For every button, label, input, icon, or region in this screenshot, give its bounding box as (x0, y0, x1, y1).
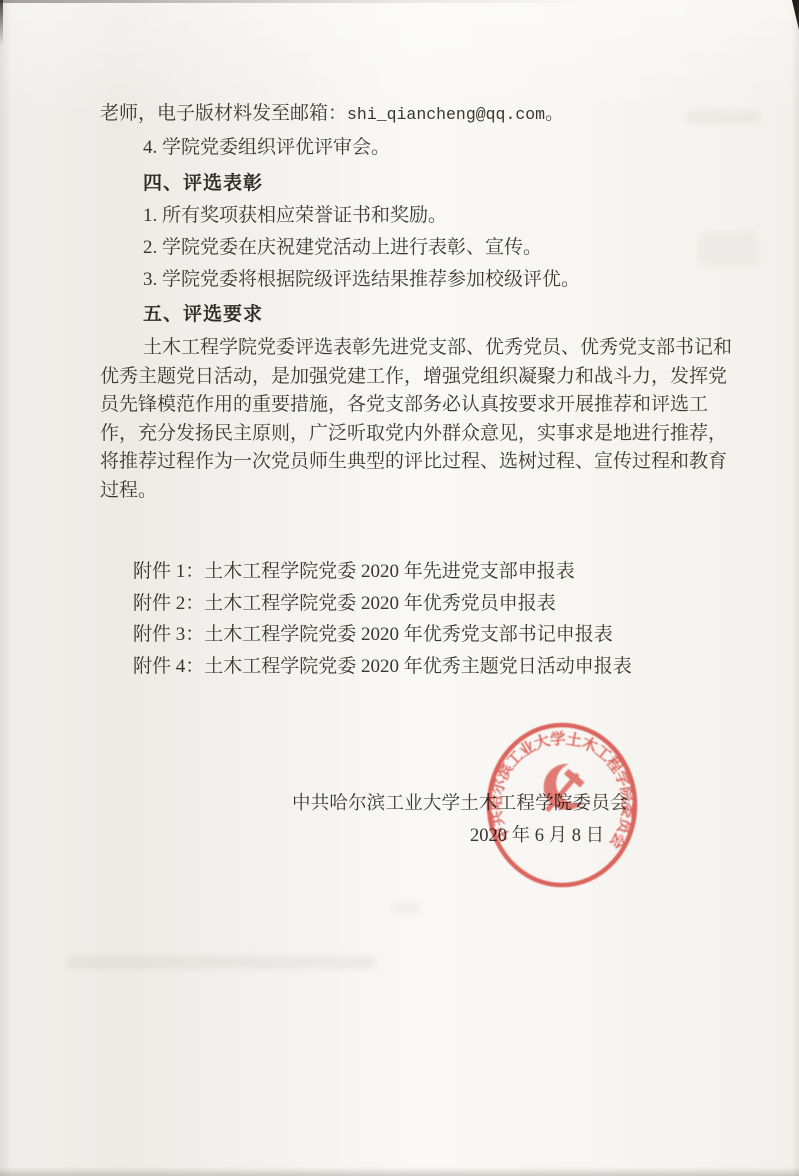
intro-paragraph: 老师，电子版材料发至邮箱：shi_qiancheng@qq.com。 4. 学院… (100, 98, 564, 164)
numbered-item: 1. 所有奖项获相应荣誉证书和奖励。 (143, 200, 580, 232)
official-seal: 中共哈尔滨工业大学土木工程学院委员会 (483, 719, 641, 891)
intro-text: 老师，电子版材料发至邮箱： (100, 103, 347, 124)
attachments-list: 附件 1：土木工程学院党委 2020 年先进党支部申报表 附件 2：土木工程学院… (133, 556, 632, 682)
email-address: shi_qiancheng@qq.com (347, 105, 545, 124)
attachment-line: 附件 3：土木工程学院党委 2020 年优秀党支部书记申报表 (133, 619, 632, 651)
scanned-document-page: 老师，电子版材料发至邮箱：shi_qiancheng@qq.com。 4. 学院… (0, 0, 799, 1176)
numbered-item: 2. 学院党委在庆祝建党活动上进行表彰、宣传。 (143, 232, 580, 264)
section-four-items: 1. 所有奖项获相应荣誉证书和奖励。 2. 学院党委在庆祝建党活动上进行表彰、宣… (143, 200, 580, 295)
paragraph-line: 员先锋模范作用的重要措施，各党支部务必认真按要求开展推荐和评选工 (100, 391, 732, 420)
intro-text-suffix: 。 (545, 103, 564, 124)
paragraph-line: 土木工程学院党委评选表彰先进党支部、优秀党员、优秀党支部书记和 (100, 334, 732, 363)
hammer-and-sickle-icon (539, 764, 586, 818)
paragraph-line: 优秀主题党日活动，是加强党建工作，增强党组织凝聚力和战斗力，发挥党 (100, 363, 732, 392)
section-heading-four: 四、评选表彰 (143, 168, 263, 200)
paragraph-line: 将推荐过程作为一次党员师生典型的评比过程、选树过程、宣传过程和教育 (100, 448, 732, 477)
paragraph-line: 作，充分发扬民主原则，广泛听取党内外群众意见，实事求是地进行推荐， (100, 420, 732, 449)
document-body: 老师，电子版材料发至邮箱：shi_qiancheng@qq.com。 4. 学院… (0, 0, 799, 1176)
numbered-item: 3. 学院党委将根据院级评选结果推荐参加校级评优。 (143, 264, 580, 296)
section-five-paragraph: 土木工程学院党委评选表彰先进党支部、优秀党员、优秀党支部书记和 优秀主题党日活动… (100, 334, 732, 506)
attachment-line: 附件 2：土木工程学院党委 2020 年优秀党员申报表 (133, 588, 632, 620)
attachment-line: 附件 1：土木工程学院党委 2020 年先进党支部申报表 (133, 556, 632, 588)
paragraph-line: 过程。 (100, 477, 732, 506)
intro-line: 老师，电子版材料发至邮箱：shi_qiancheng@qq.com。 (100, 98, 564, 132)
numbered-item-4: 4. 学院党委组织评优评审会。 (100, 132, 564, 165)
attachment-line: 附件 4：土木工程学院党委 2020 年优秀主题党日活动申报表 (133, 651, 632, 683)
seal-graphic: 中共哈尔滨工业大学土木工程学院委员会 (483, 719, 641, 891)
section-heading-five: 五、评选要求 (143, 299, 263, 331)
